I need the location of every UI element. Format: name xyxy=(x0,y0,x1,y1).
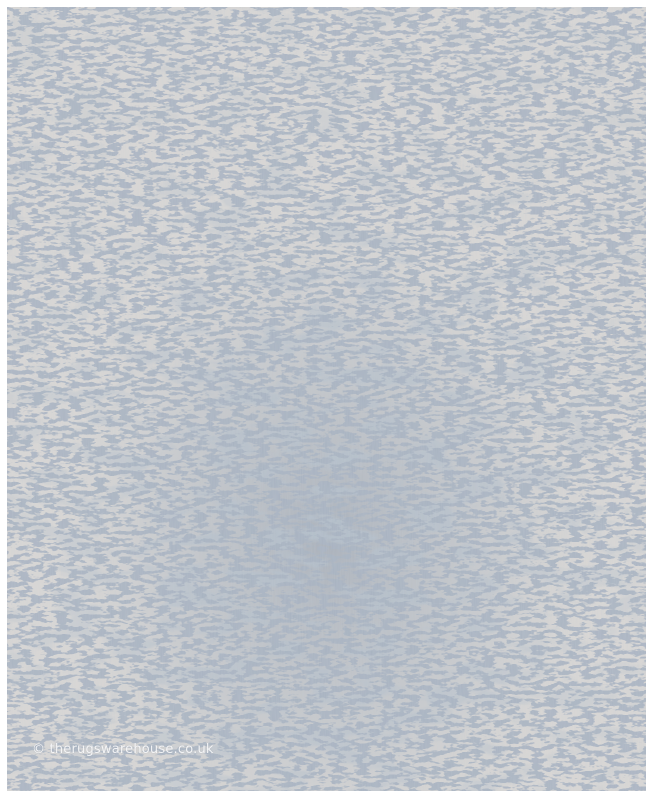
copyright-watermark: © therugswarehouse.co.uk xyxy=(32,742,214,757)
rug-image xyxy=(7,7,646,791)
rug-pattern xyxy=(7,7,646,791)
